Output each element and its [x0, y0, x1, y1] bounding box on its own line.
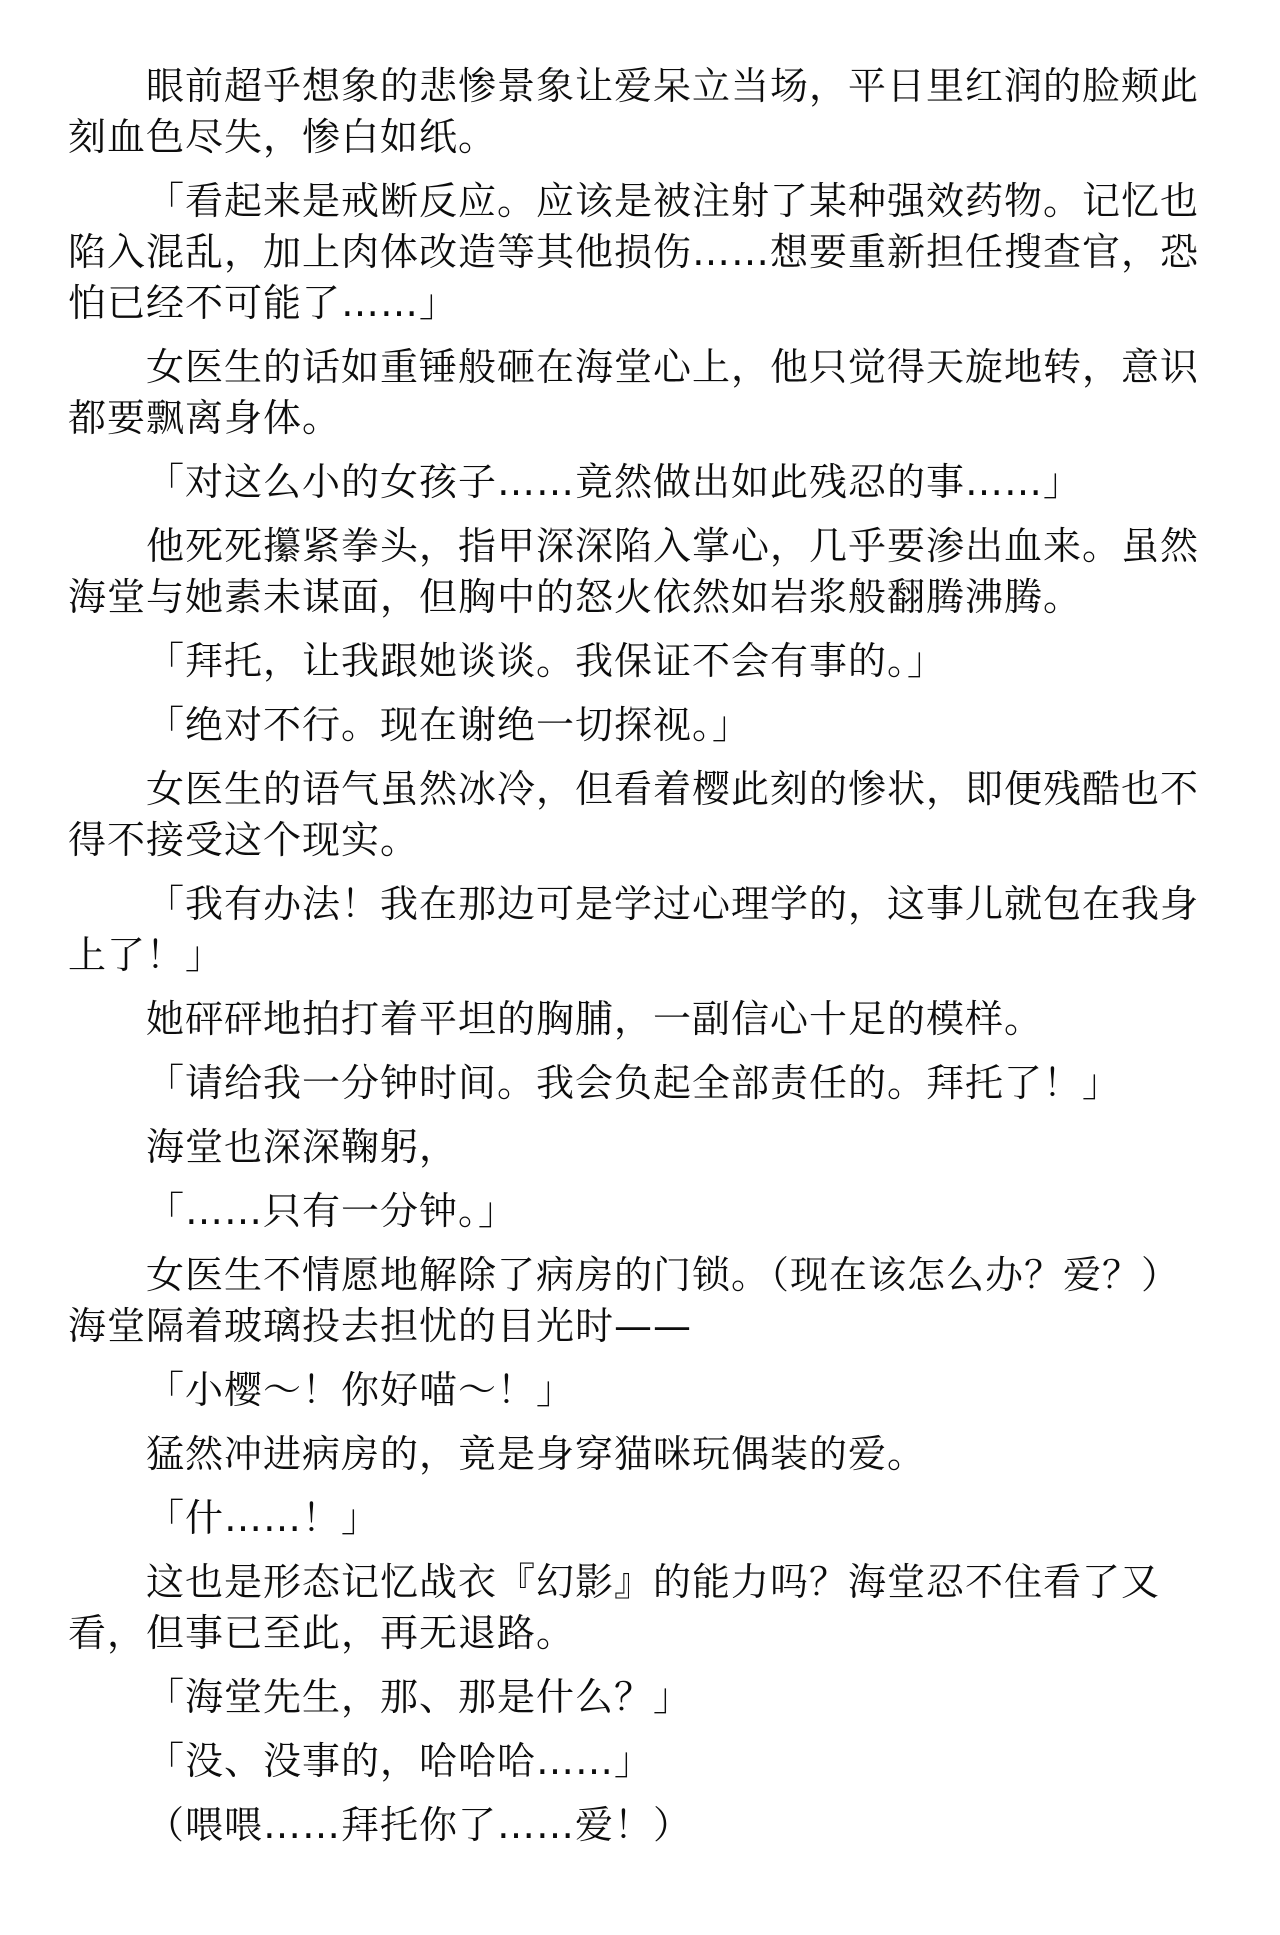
paragraph: 女医生的语气虽然冰冷，但看着樱此刻的惨状，即便残酷也不得不接受这个现实。: [68, 764, 1216, 866]
paragraph: 女医生的话如重锤般砸在海堂心上，他只觉得天旋地转，意识都要飘离身体。: [68, 342, 1216, 444]
paragraph: 「对这么小的女孩子……竟然做出如此残忍的事……」: [68, 457, 1216, 508]
text-line: 「海堂先生，那、那是什么？」: [68, 1672, 1216, 1723]
paragraph: 她砰砰地拍打着平坦的胸脯，一副信心十足的模样。: [68, 994, 1216, 1045]
paragraph: 这也是形态记忆战衣『幻影』的能力吗？海堂忍不住看了又看，但事已至此，再无退路。: [68, 1557, 1216, 1659]
text-line: 眼前超乎想象的悲惨景象让爱呆立当场，平日里红润的脸颊此: [68, 61, 1216, 112]
paragraph: 「海堂先生，那、那是什么？」: [68, 1672, 1216, 1723]
text-line: 女医生不情愿地解除了病房的门锁。（现在该怎么办？爱？）: [68, 1250, 1216, 1301]
text-line: 女医生的话如重锤般砸在海堂心上，他只觉得天旋地转，意识: [68, 342, 1216, 393]
paragraph: 「小樱～！你好喵～！」: [68, 1365, 1216, 1416]
paragraph: 「看起来是戒断反应。应该是被注射了某种强效药物。记忆也陷入混乱，加上肉体改造等其…: [68, 176, 1216, 329]
paragraph: 海堂也深深鞠躬，: [68, 1122, 1216, 1173]
text-line: 海堂隔着玻璃投去担忧的目光时——: [68, 1301, 1216, 1352]
paragraph: 「没、没事的，哈哈哈……」: [68, 1736, 1216, 1787]
text-line: 「请给我一分钟时间。我会负起全部责任的。拜托了！」: [68, 1058, 1216, 1109]
paragraph: 「什……！」: [68, 1493, 1216, 1544]
text-line: 女医生的语气虽然冰冷，但看着樱此刻的惨状，即便残酷也不: [68, 764, 1216, 815]
text-line: 海堂与她素未谋面，但胸中的怒火依然如岩浆般翻腾沸腾。: [68, 572, 1216, 623]
text-line: 上了！」: [68, 930, 1216, 981]
text-line: 「对这么小的女孩子……竟然做出如此残忍的事……」: [68, 457, 1216, 508]
paragraph: 「我有办法！我在那边可是学过心理学的，这事儿就包在我身上了！」: [68, 879, 1216, 981]
text-line: 猛然冲进病房的，竟是身穿猫咪玩偶装的爱。: [68, 1429, 1216, 1480]
text-line: 「什……！」: [68, 1493, 1216, 1544]
paragraph: 「拜托，让我跟她谈谈。我保证不会有事的。」: [68, 636, 1216, 687]
paragraph: 女医生不情愿地解除了病房的门锁。（现在该怎么办？爱？）海堂隔着玻璃投去担忧的目光…: [68, 1250, 1216, 1352]
text-line: 这也是形态记忆战衣『幻影』的能力吗？海堂忍不住看了又: [68, 1557, 1216, 1608]
text-line: 「绝对不行。现在谢绝一切探视。」: [68, 700, 1216, 751]
text-line: 「……只有一分钟。」: [68, 1186, 1216, 1237]
paragraph: 「请给我一分钟时间。我会负起全部责任的。拜托了！」: [68, 1058, 1216, 1109]
paragraph: 他死死攥紧拳头，指甲深深陷入掌心，几乎要渗出血来。虽然海堂与她素未谋面，但胸中的…: [68, 521, 1216, 623]
text-line: 刻血色尽失，惨白如纸。: [68, 112, 1216, 163]
text-line: 陷入混乱，加上肉体改造等其他损伤……想要重新担任搜查官，恐: [68, 227, 1216, 278]
paragraph: 猛然冲进病房的，竟是身穿猫咪玩偶装的爱。: [68, 1429, 1216, 1480]
text-line: 她砰砰地拍打着平坦的胸脯，一副信心十足的模样。: [68, 994, 1216, 1045]
paragraph: 「绝对不行。现在谢绝一切探视。」: [68, 700, 1216, 751]
text-line: 「小樱～！你好喵～！」: [68, 1365, 1216, 1416]
paragraph: 「……只有一分钟。」: [68, 1186, 1216, 1237]
text-line: （喂喂……拜托你了……爱！）: [68, 1800, 1216, 1851]
text-line: 「看起来是戒断反应。应该是被注射了某种强效药物。记忆也: [68, 176, 1216, 227]
text-line: 「没、没事的，哈哈哈……」: [68, 1736, 1216, 1787]
paragraph: 眼前超乎想象的悲惨景象让爱呆立当场，平日里红润的脸颊此刻血色尽失，惨白如纸。: [68, 61, 1216, 163]
text-line: 「拜托，让我跟她谈谈。我保证不会有事的。」: [68, 636, 1216, 687]
text-line: 他死死攥紧拳头，指甲深深陷入掌心，几乎要渗出血来。虽然: [68, 521, 1216, 572]
text-line: 看，但事已至此，再无退路。: [68, 1608, 1216, 1659]
text-line: 海堂也深深鞠躬，: [68, 1122, 1216, 1173]
text-line: 怕已经不可能了……」: [68, 278, 1216, 329]
text-line: 「我有办法！我在那边可是学过心理学的，这事儿就包在我身: [68, 879, 1216, 930]
text-line: 得不接受这个现实。: [68, 815, 1216, 866]
text-column: 眼前超乎想象的悲惨景象让爱呆立当场，平日里红润的脸颊此刻血色尽失，惨白如纸。「看…: [68, 61, 1216, 1851]
novel-page: 眼前超乎想象的悲惨景象让爱呆立当场，平日里红润的脸颊此刻血色尽失，惨白如纸。「看…: [0, 0, 1280, 1935]
text-line: 都要飘离身体。: [68, 393, 1216, 444]
paragraph: （喂喂……拜托你了……爱！）: [68, 1800, 1216, 1851]
